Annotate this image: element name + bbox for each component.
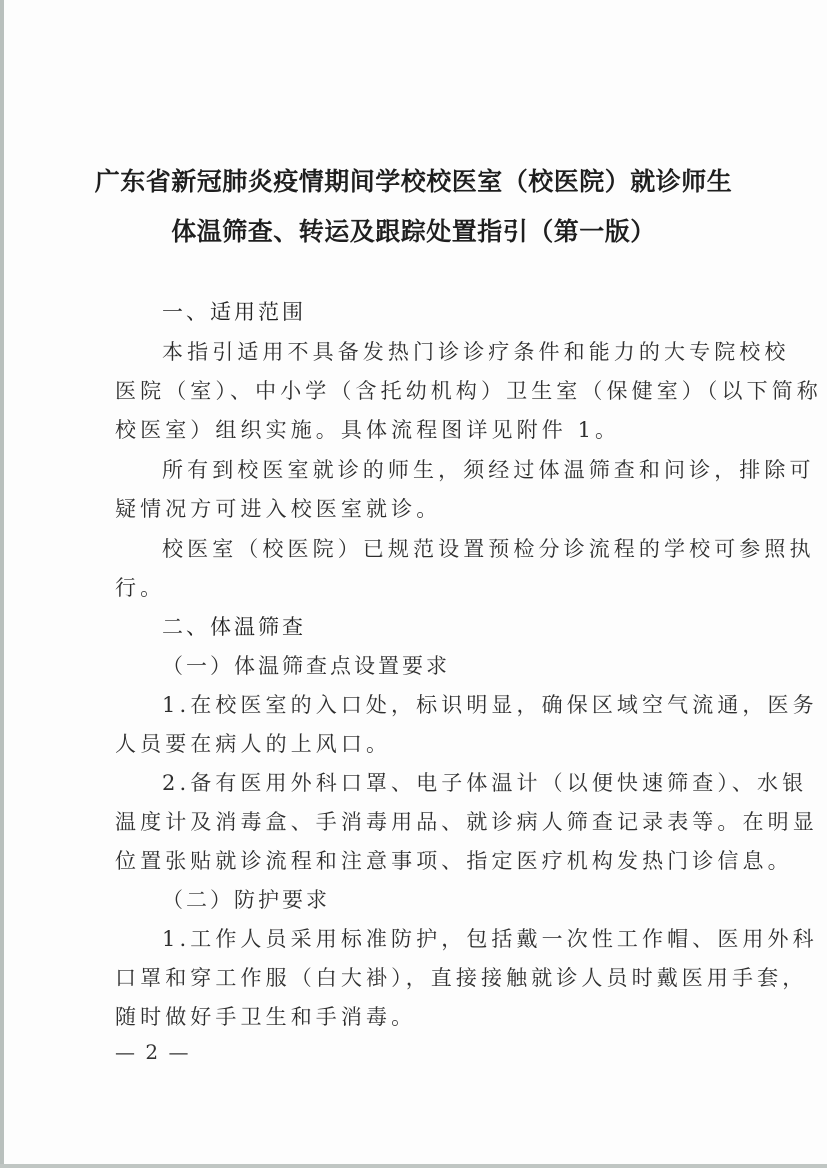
paragraph-line: 口罩和穿工作服（白大褂），直接接触就诊人员时戴医用手套，	[115, 964, 807, 992]
section-heading-temperature-screening: 二、体温筛查	[162, 613, 306, 641]
paragraph-line: 1.工作人员采用标准防护，包括戴一次性工作帽、医用外科	[162, 925, 818, 953]
paragraph-line: 疑情况方可进入校医室就诊。	[115, 495, 441, 523]
paragraph-line: 随时做好手卫生和手消毒。	[115, 1003, 416, 1031]
paragraph-line: 医院（室）、中小学（含托幼机构）卫生室（保健室）（以下简称	[115, 377, 822, 405]
paragraph-line: 行。	[115, 574, 165, 602]
scan-edge-bottom	[0, 1164, 827, 1168]
paragraph-line: 温度计及消毒盒、手消毒用品、就诊病人筛查记录表等。在明显	[115, 808, 818, 836]
document-page: 广东省新冠肺炎疫情期间学校校医室（校医院）就诊师生 体温筛查、转运及跟踪处置指引…	[0, 0, 827, 1168]
paragraph-line: 本指引适用不具备发热门诊诊疗条件和能力的大专院校校	[162, 338, 790, 366]
paragraph-line: 人员要在病人的上风口。	[115, 730, 391, 758]
document-title-line-1: 广东省新冠肺炎疫情期间学校校医室（校医院）就诊师生	[0, 162, 827, 198]
subsection-heading-protection-requirements: （二）防护要求	[162, 886, 330, 914]
page-number: — 2 —	[115, 1040, 190, 1064]
paragraph-line: 2.备有医用外科口罩、电子体温计（以便快速筛查）、水银	[162, 769, 807, 797]
paragraph-line: 1.在校医室的入口处，标识明显，确保区域空气流通，医务	[162, 691, 818, 719]
document-title-line-2: 体温筛查、转运及跟踪处置指引（第一版）	[0, 212, 827, 248]
section-heading-scope: 一、适用范围	[162, 298, 306, 326]
subsection-heading-setup-requirements: （一）体温筛查点设置要求	[162, 652, 450, 680]
paragraph-line: 校医室（校医院）已规范设置预检分诊流程的学校可参照执	[162, 535, 815, 563]
paragraph-line: 校医室）组织实施。具体流程图详见附件 1。	[115, 416, 620, 444]
paragraph-line: 位置张贴就诊流程和注意事项、指定医疗机构发热门诊信息。	[115, 847, 793, 875]
paragraph-line: 所有到校医室就诊的师生，须经过体温筛查和问诊，排除可	[162, 456, 815, 484]
